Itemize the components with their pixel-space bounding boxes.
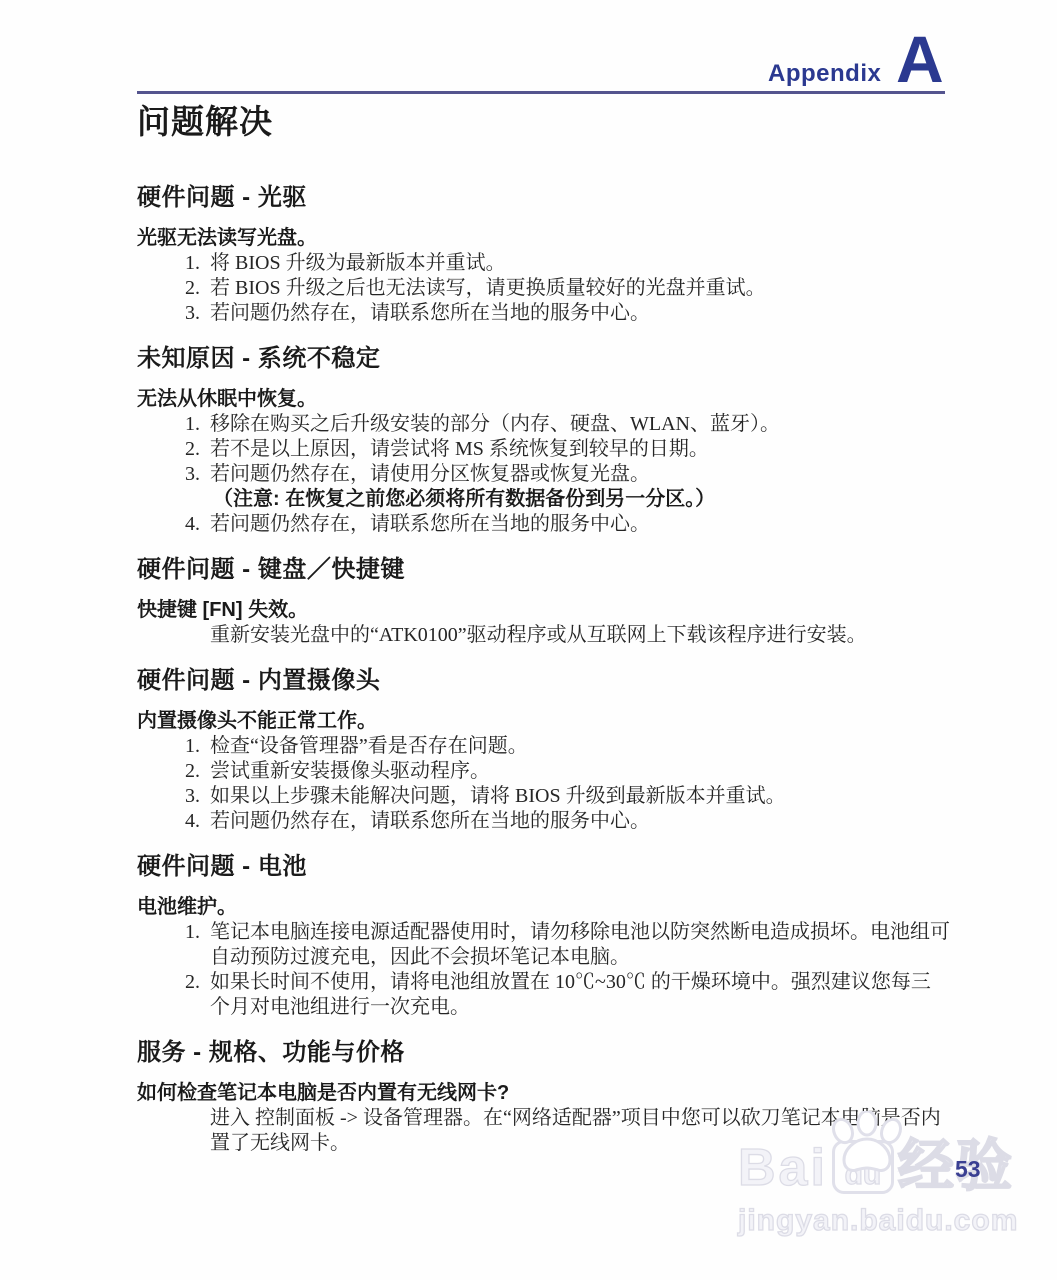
- list-item-number: 2.: [185, 276, 210, 301]
- appendix-label: Appendix: [768, 60, 881, 88]
- list-item: 2. 若不是以上原因，请尝试将 MS 系统恢复到较早的日期。: [137, 437, 950, 462]
- list-item: 3. 如果以上步骤未能解决问题，请将 BIOS 升级到最新版本并重试。: [137, 784, 950, 809]
- list-item-number: 2.: [185, 970, 210, 1020]
- list-item-number: 1.: [185, 412, 210, 437]
- list-item: 2. 尝试重新安装摄像头驱动程序。: [137, 759, 950, 784]
- section-lead: 无法从休眠中恢复。: [137, 387, 950, 412]
- section-body: 重新安装光盘中的“ATK0100”驱动程序或从互联网上下载该程序进行安装。: [137, 623, 950, 648]
- list-item-text: 笔记本电脑连接电源适配器使用时，请勿移除电池以防突然断电造成损坏。电池组可自动预…: [210, 920, 950, 970]
- list-item-number: 3.: [185, 301, 210, 326]
- watermark-logo-row: Bai du 经验: [738, 1138, 1038, 1194]
- section-optical-drive: 硬件问题 - 光驱 光驱无法读写光盘。 1. 将 BIOS 升级为最新版本并重试…: [137, 183, 950, 326]
- list-item-text: 若不是以上原因，请尝试将 MS 系统恢复到较早的日期。: [210, 437, 950, 462]
- list-item-text: 如果以上步骤未能解决问题，请将 BIOS 升级到最新版本并重试。: [210, 784, 950, 809]
- section-system-unstable: 未知原因 - 系统不稳定 无法从休眠中恢复。 1. 移除在购买之后升级安装的部分…: [137, 344, 950, 537]
- section-keyboard-hotkey: 硬件问题 - 键盘／快捷键 快捷键 [FN] 失效。 重新安装光盘中的“ATK0…: [137, 555, 950, 648]
- section-lead: 如何检查笔记本电脑是否内置有无线网卡?: [137, 1081, 950, 1106]
- section-lead: 电池维护。: [137, 895, 950, 920]
- list-item: 4. 若问题仍然存在，请联系您所在当地的服务中心。: [137, 512, 950, 537]
- list-item-number: 4.: [185, 512, 210, 537]
- list-item-text: 尝试重新安装摄像头驱动程序。: [210, 759, 950, 784]
- watermark-brand-text: Bai: [738, 1142, 828, 1194]
- list-item-text: 若问题仍然存在，请联系您所在当地的服务中心。: [210, 809, 950, 834]
- section-lead: 内置摄像头不能正常工作。: [137, 709, 950, 734]
- page-number: 53: [955, 1156, 981, 1183]
- list-item-number: 4.: [185, 809, 210, 834]
- page-title: 问题解决: [137, 100, 950, 144]
- section-builtin-camera: 硬件问题 - 内置摄像头 内置摄像头不能正常工作。 1. 检查“设备管理器”看是…: [137, 666, 950, 834]
- list-item-number: 1.: [185, 734, 210, 759]
- manual-page: Appendix A 问题解决 硬件问题 - 光驱 光驱无法读写光盘。 1. 将…: [0, 0, 1057, 1280]
- section-heading: 未知原因 - 系统不稳定: [137, 344, 950, 374]
- section-heading: 硬件问题 - 键盘／快捷键: [137, 555, 950, 585]
- list-item-text: 如果长时间不使用，请将电池组放置在 10℃~30℃ 的干燥环境中。强烈建议您每三…: [210, 970, 950, 1020]
- list-item-number: 3.: [185, 784, 210, 809]
- watermark-url: jingyan.baidu.com: [738, 1204, 1038, 1238]
- page-content: 问题解决 硬件问题 - 光驱 光驱无法读写光盘。 1. 将 BIOS 升级为最新…: [137, 100, 950, 1156]
- section-heading: 硬件问题 - 电池: [137, 852, 950, 882]
- list-item: 1. 将 BIOS 升级为最新版本并重试。: [137, 251, 950, 276]
- header-rule: [137, 91, 945, 94]
- paw-icon: [825, 1111, 909, 1175]
- list-item-text: 将 BIOS 升级为最新版本并重试。: [210, 251, 950, 276]
- list-item-text: 若问题仍然存在，请联系您所在当地的服务中心。: [210, 512, 950, 537]
- list-item-text: 若问题仍然存在，请联系您所在当地的服务中心。: [210, 301, 950, 326]
- note-line: （注意: 在恢复之前您必须将所有数据备份到另一分区。）: [137, 487, 950, 512]
- list-item: 2. 如果长时间不使用，请将电池组放置在 10℃~30℃ 的干燥环境中。强烈建议…: [137, 970, 950, 1020]
- numbered-list: 1. 移除在购买之后升级安装的部分（内存、硬盘、WLAN、蓝牙）。 2. 若不是…: [137, 412, 950, 537]
- list-item: 1. 移除在购买之后升级安装的部分（内存、硬盘、WLAN、蓝牙）。: [137, 412, 950, 437]
- section-heading: 服务 - 规格、功能与价格: [137, 1038, 950, 1068]
- baidu-watermark: Bai du 经验 jingyan.baidu.com: [738, 1138, 1038, 1238]
- numbered-list: 1. 笔记本电脑连接电源适配器使用时，请勿移除电池以防突然断电造成损坏。电池组可…: [137, 920, 950, 1020]
- section-lead: 快捷键 [FN] 失效。: [137, 598, 950, 623]
- list-item-number: 3.: [185, 462, 210, 487]
- section-lead: 光驱无法读写光盘。: [137, 226, 950, 251]
- watermark-du-badge: du: [832, 1140, 894, 1194]
- list-item: 2. 若 BIOS 升级之后也无法读写，请更换质量较好的光盘并重试。: [137, 276, 950, 301]
- list-item-number: 2.: [185, 437, 210, 462]
- list-item-text: 检查“设备管理器”看是否存在问题。: [210, 734, 950, 759]
- section-battery: 硬件问题 - 电池 电池维护。 1. 笔记本电脑连接电源适配器使用时，请勿移除电…: [137, 852, 950, 1020]
- section-heading: 硬件问题 - 光驱: [137, 183, 950, 213]
- list-item: 4. 若问题仍然存在，请联系您所在当地的服务中心。: [137, 809, 950, 834]
- appendix-letter: A: [896, 26, 944, 92]
- numbered-list: 1. 检查“设备管理器”看是否存在问题。 2. 尝试重新安装摄像头驱动程序。 3…: [137, 734, 950, 834]
- list-item: 1. 笔记本电脑连接电源适配器使用时，请勿移除电池以防突然断电造成损坏。电池组可…: [137, 920, 950, 970]
- list-item: 1. 检查“设备管理器”看是否存在问题。: [137, 734, 950, 759]
- list-item-text: 移除在购买之后升级安装的部分（内存、硬盘、WLAN、蓝牙）。: [210, 412, 950, 437]
- section-heading: 硬件问题 - 内置摄像头: [137, 666, 950, 696]
- list-item-text: 若 BIOS 升级之后也无法读写，请更换质量较好的光盘并重试。: [210, 276, 950, 301]
- numbered-list: 1. 将 BIOS 升级为最新版本并重试。 2. 若 BIOS 升级之后也无法读…: [137, 251, 950, 326]
- list-item-number: 2.: [185, 759, 210, 784]
- list-item: 3. 若问题仍然存在，请联系您所在当地的服务中心。: [137, 301, 950, 326]
- list-item-text: 若问题仍然存在，请使用分区恢复器或恢复光盘。: [210, 462, 950, 487]
- list-item: 3. 若问题仍然存在，请使用分区恢复器或恢复光盘。: [137, 462, 950, 487]
- list-item-number: 1.: [185, 251, 210, 276]
- list-item-number: 1.: [185, 920, 210, 970]
